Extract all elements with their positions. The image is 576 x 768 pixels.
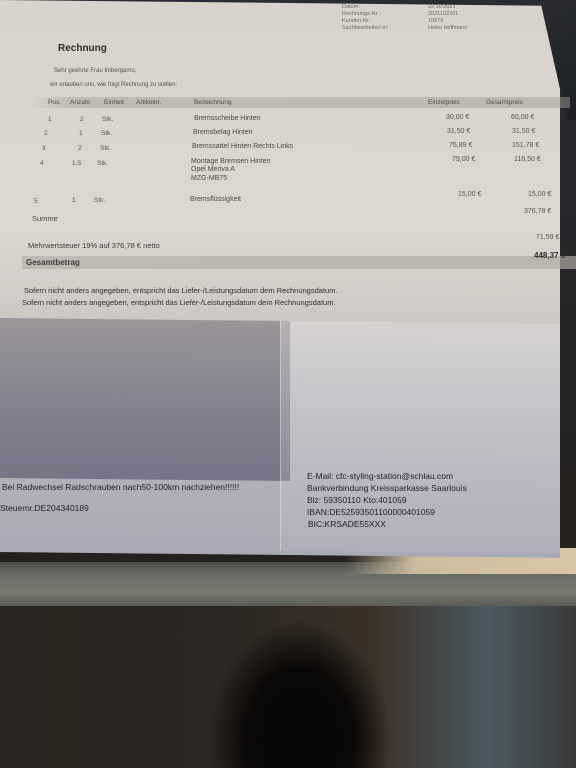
row-desc: Bremssattel Hinten Rechts Links xyxy=(192,143,293,150)
iban: IBAN:DE52593501100000401059 xyxy=(307,507,435,518)
row-unit: Stk. xyxy=(101,130,112,137)
grand-total-bar xyxy=(22,256,576,269)
row-qty: 2 xyxy=(80,116,84,123)
row-qty: 1,5 xyxy=(72,160,81,167)
vat-label: Mehrwertsteuer 19% auf 376,78 € netto xyxy=(28,241,160,250)
row-total: 151,78 € xyxy=(512,142,539,149)
row-pos: 3 xyxy=(42,145,46,152)
wheel-warning: Bei Radwechsel Radschrauben nach50-100km… xyxy=(2,482,239,492)
meta-value-date: 22.10.2021 xyxy=(428,4,456,10)
row-qty: 2 xyxy=(78,145,82,152)
meta-label-invoice-no: Rechnungs-Nr.: xyxy=(342,11,380,17)
delivery-note-1: Sofern nicht anders angegeben, entsprich… xyxy=(24,286,338,295)
row-total: 31,50 € xyxy=(512,128,535,135)
row-unit: Stk. xyxy=(100,145,111,152)
grand-total-label: Gesamtbetrag xyxy=(26,258,80,267)
greeting: Sehr geehrte Frau Imbergamo, xyxy=(54,68,136,74)
page-title: Rechnung xyxy=(58,43,107,54)
row-pos: 2 xyxy=(44,130,48,137)
row-desc-line2: Opel Meriva A xyxy=(191,166,235,173)
col-article: Artikelnr. xyxy=(136,99,161,106)
row-total: 118,50 € xyxy=(514,156,541,163)
invoice-document: Datum: 22.10.2021 Rechnungs-Nr.: 2021102… xyxy=(0,0,576,560)
grand-total-value: 448,37 € xyxy=(534,251,565,260)
bank-code: Blz: 59350110 Kto:401059 xyxy=(307,495,407,506)
row-unit: Stk. xyxy=(102,116,113,123)
bic: BIC:KRSADE55XXX xyxy=(308,519,386,530)
row-total: 15,00 € xyxy=(528,191,551,198)
row-unit: Stk. xyxy=(97,160,108,167)
sum-label: Summe xyxy=(32,214,58,223)
row-desc: Bremsscheibe Hinten xyxy=(194,115,261,122)
meta-value-customer-no: 10879 xyxy=(428,18,443,24)
email: E-Mail: cfc-styling-station@schlau.com xyxy=(307,471,453,482)
col-unit: Einheit xyxy=(104,99,124,106)
vat-value: 71,59 € xyxy=(536,234,559,241)
bank-connection: Bankverbindung Kreissparkasse Saarlouis xyxy=(307,483,467,494)
row-pos: 5 xyxy=(34,198,38,205)
meta-value-clerk: Heiko Hoffmann xyxy=(428,25,467,31)
delivery-note-2: Sofern nicht anders angegeben, entsprich… xyxy=(22,298,336,307)
row-unit-price: 15,00 € xyxy=(458,191,481,198)
row-unit-price: 30,00 € xyxy=(446,114,469,121)
col-desc: Bezeichnung xyxy=(194,99,232,106)
intro-text: wir erlauben uns, wie folgt Rechnung zu … xyxy=(50,82,177,88)
row-pos: 1 xyxy=(48,116,52,123)
row-desc-line3: MZG-MB75 xyxy=(191,175,227,182)
tax-number: Steuernr.DE204340189 xyxy=(0,503,89,513)
row-qty: 1 xyxy=(72,197,76,204)
meta-label-clerk: Sachbearbeiter/-in: xyxy=(342,25,388,31)
row-unit: Stk. xyxy=(94,197,105,204)
row-qty: 1 xyxy=(79,130,83,137)
col-qty: Anzahl xyxy=(70,99,90,106)
sum-value: 376,78 € xyxy=(524,208,551,215)
row-desc: Bremsflüssigkeit xyxy=(190,196,241,203)
row-unit-price: 31,50 € xyxy=(447,128,470,135)
row-pos: 4 xyxy=(40,160,44,167)
row-unit-price: 75,89 € xyxy=(449,142,472,149)
meta-label-date: Datum: xyxy=(342,4,360,10)
col-unit-price: Einzelpreis xyxy=(428,99,460,106)
row-desc: Montage Bremsen Hinten xyxy=(191,158,270,165)
meta-value-invoice-no: 2021102201 xyxy=(428,11,458,17)
row-unit-price: 79,00 € xyxy=(452,156,475,163)
col-total: Gesamtpreis xyxy=(486,99,523,106)
desk-surface xyxy=(0,600,576,768)
col-pos: Pos. xyxy=(48,99,61,106)
row-total: 60,00 € xyxy=(511,114,534,121)
meta-label-customer-no: Kunden-Nr.: xyxy=(342,18,371,24)
row-desc: Bremsbelag Hinten xyxy=(193,129,253,136)
